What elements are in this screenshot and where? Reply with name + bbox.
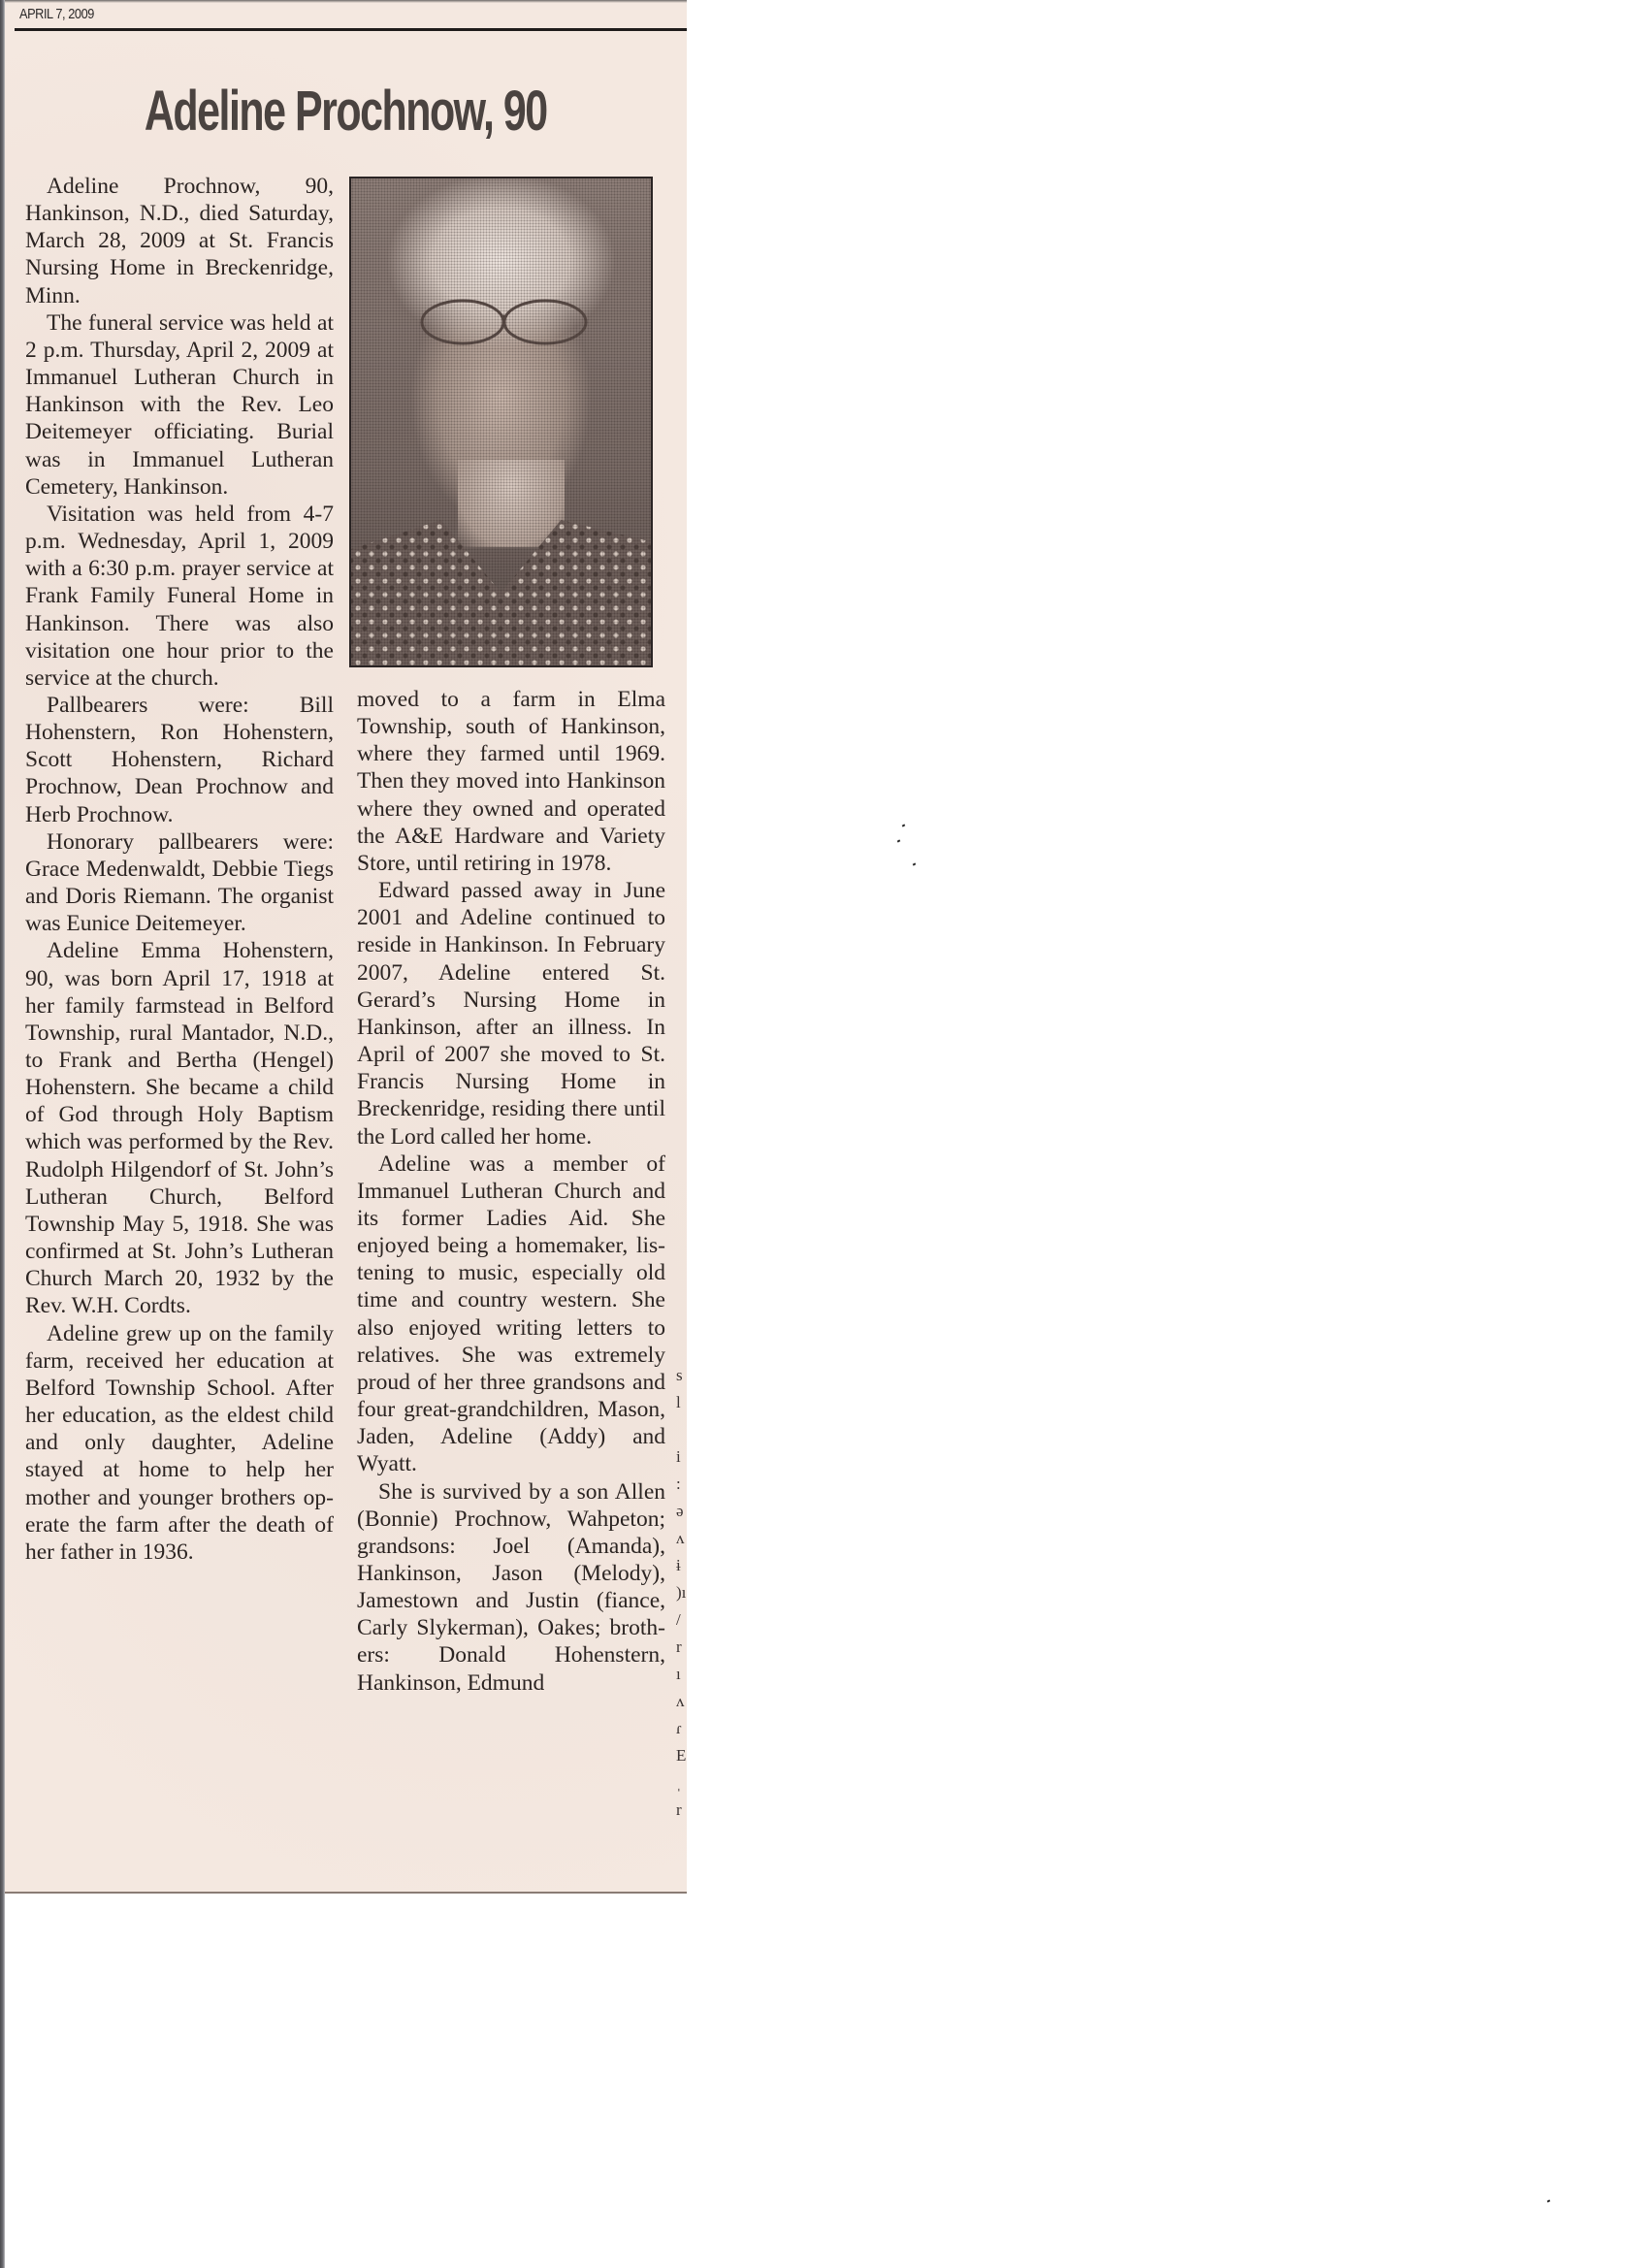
paragraph-birth-baptism: Adeline Emma Hohen­stern, 90, was born A… bbox=[25, 937, 334, 1319]
fragment-glyph bbox=[676, 1416, 690, 1443]
dateline: APRIL 7, 2009 bbox=[19, 6, 94, 22]
scan-speck bbox=[1547, 2199, 1551, 2202]
paragraph-early-life: Adeline grew up on the family farm, rece… bbox=[25, 1320, 334, 1566]
paragraph-continuation: moved to a farm in Elma Township, south … bbox=[357, 686, 665, 877]
fragment-glyph: l bbox=[676, 1389, 690, 1416]
fragment-glyph: )ı bbox=[676, 1579, 690, 1606]
scan-speck bbox=[897, 839, 901, 842]
paragraph-funeral-service: The funeral service was held at 2 p.m. T… bbox=[25, 309, 334, 501]
fragment-glyph: ı bbox=[676, 1661, 690, 1688]
top-edge-shadow bbox=[5, 0, 687, 3]
paragraph-interests: Adeline was a member of Immanuel Luthera… bbox=[357, 1150, 665, 1478]
fragment-glyph: s bbox=[676, 1362, 690, 1389]
headline-text: Adeline Prochnow, 90 bbox=[145, 78, 547, 146]
fragment-glyph: ˌ bbox=[676, 1769, 690, 1797]
scan-speck bbox=[913, 862, 917, 865]
fragment-glyph: E bbox=[676, 1742, 690, 1769]
paragraph-visitation: Visitation was held from 4-7 p.m. Wednes… bbox=[25, 501, 334, 692]
fragment-glyph: r bbox=[676, 1634, 690, 1661]
fragment-glyph: ʌ bbox=[676, 1688, 690, 1715]
adjacent-column-fragment: s l i : ə ʌ ɨ )ı / r ı ʌ ɾ E ˌ r bbox=[676, 1362, 690, 1886]
fragment-glyph: i bbox=[676, 1443, 690, 1471]
fragment-glyph: / bbox=[676, 1606, 690, 1634]
fragment-glyph: ɨ bbox=[676, 1552, 690, 1579]
article-column-1: Adeline Prochnow, 90, Hankinson, N.D., d… bbox=[25, 173, 334, 1892]
paragraph-pallbearers: Pallbearers were: Bill Hohenstern, Ron H… bbox=[25, 692, 334, 828]
article-column-2: moved to a farm in Elma Township, south … bbox=[357, 686, 665, 1892]
paragraph-later-life: Edward passed away in June 2001 and Adel… bbox=[357, 877, 665, 1150]
paragraph-honorary-pallbearers: Honorary pallbearers were: Grace Medenwa… bbox=[25, 828, 334, 938]
portrait-photo bbox=[349, 177, 653, 667]
fragment-glyph: ɾ bbox=[676, 1715, 690, 1742]
paragraph-survivors: She is survived by a son Allen (Bonnie) … bbox=[357, 1478, 665, 1697]
fragment-glyph: ʌ bbox=[676, 1525, 690, 1552]
halftone-texture bbox=[351, 178, 651, 665]
fragment-glyph: : bbox=[676, 1471, 690, 1498]
paragraph-death-notice: Adeline Prochnow, 90, Hankinson, N.D., d… bbox=[25, 173, 334, 309]
fragment-glyph: r bbox=[676, 1797, 690, 1824]
header-rule bbox=[15, 28, 687, 31]
obituary-headline: Adeline Prochnow, 90 bbox=[5, 78, 687, 146]
fragment-glyph: ə bbox=[676, 1498, 690, 1525]
scan-speck bbox=[902, 824, 906, 826]
